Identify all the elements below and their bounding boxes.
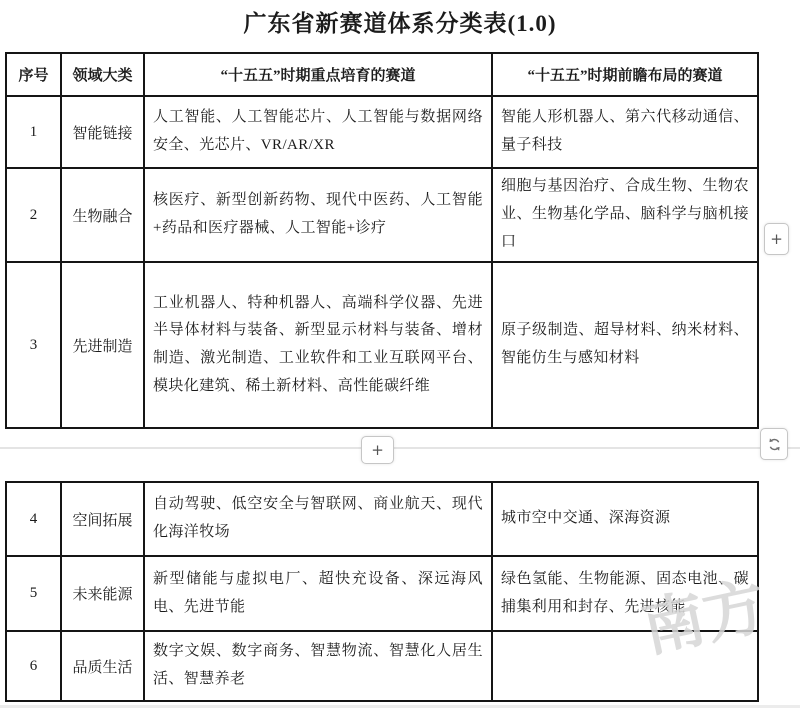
classification-table-lower: 4 空间拓展 自动驾驶、低空安全与智联网、商业航天、现代化海洋牧场 城市空中交通…	[5, 481, 759, 702]
plus-icon: +	[371, 443, 384, 458]
cultivated-cell: 核医疗、新型创新药物、现代中医药、人工智能+药品和医疗器械、人工智能+诊疗	[144, 168, 492, 262]
cultivated-cell: 数字文娱、数字商务、智慧物流、智慧化人居生活、智慧养老	[144, 631, 492, 701]
rotate-icon	[767, 437, 782, 452]
expand-button-right[interactable]: +	[764, 223, 789, 255]
category-cell: 空间拓展	[61, 482, 144, 556]
header-cell-no: 序号	[6, 53, 61, 96]
category-cell: 先进制造	[61, 262, 144, 428]
table-row: 4 空间拓展 自动驾驶、低空安全与智联网、商业航天、现代化海洋牧场 城市空中交通…	[6, 482, 758, 556]
cultivated-cell: 自动驾驶、低空安全与智联网、商业航天、现代化海洋牧场	[144, 482, 492, 556]
cultivated-cell: 工业机器人、特种机器人、高端科学仪器、先进半导体材料与装备、新型显示材料与装备、…	[144, 262, 492, 428]
header-cell-cultivated: “十五五”时期重点培育的赛道	[144, 53, 492, 96]
prospective-cell: 绿色氢能、生物能源、固态电池、碳捕集利用和封存、先进核能	[492, 556, 758, 631]
table-row: 3 先进制造 工业机器人、特种机器人、高端科学仪器、先进半导体材料与装备、新型显…	[6, 262, 758, 428]
table-row: 2 生物融合 核医疗、新型创新药物、现代中医药、人工智能+药品和医疗器械、人工智…	[6, 168, 758, 262]
category-cell: 智能链接	[61, 96, 144, 168]
table-header-row: 序号 领域大类 “十五五”时期重点培育的赛道 “十五五”时期前瞻布局的赛道	[6, 53, 758, 96]
page-split-line	[0, 447, 800, 449]
row-number-cell: 6	[6, 631, 61, 701]
row-number-cell: 5	[6, 556, 61, 631]
prospective-cell	[492, 631, 758, 701]
prospective-cell: 城市空中交通、深海资源	[492, 482, 758, 556]
plus-icon: +	[770, 232, 783, 247]
table-row: 5 未来能源 新型储能与虚拟电厂、超快充设备、深远海风电、先进节能 绿色氢能、生…	[6, 556, 758, 631]
rotate-button[interactable]	[760, 428, 788, 460]
classification-table-upper: 序号 领域大类 “十五五”时期重点培育的赛道 “十五五”时期前瞻布局的赛道 1 …	[5, 52, 759, 429]
row-number-cell: 1	[6, 96, 61, 168]
category-cell: 品质生活	[61, 631, 144, 701]
prospective-cell: 原子级制造、超导材料、纳米材料、智能仿生与感知材料	[492, 262, 758, 428]
category-cell: 未来能源	[61, 556, 144, 631]
prospective-cell: 细胞与基因治疗、合成生物、生物农业、生物基化学品、脑科学与脑机接口	[492, 168, 758, 262]
table-row: 1 智能链接 人工智能、人工智能芯片、人工智能与数据网络安全、光芯片、VR/AR…	[6, 96, 758, 168]
row-number-cell: 2	[6, 168, 61, 262]
header-cell-prospective: “十五五”时期前瞻布局的赛道	[492, 53, 758, 96]
page-title: 广东省新赛道体系分类表(1.0)	[0, 5, 800, 38]
cultivated-cell: 新型储能与虚拟电厂、超快充设备、深远海风电、先进节能	[144, 556, 492, 631]
row-number-cell: 4	[6, 482, 61, 556]
expand-button-center[interactable]: +	[361, 436, 394, 464]
cultivated-cell: 人工智能、人工智能芯片、人工智能与数据网络安全、光芯片、VR/AR/XR	[144, 96, 492, 168]
header-cell-category: 领域大类	[61, 53, 144, 96]
category-cell: 生物融合	[61, 168, 144, 262]
row-number-cell: 3	[6, 262, 61, 428]
document-page: { "title": "广东省新赛道体系分类表(1.0)", "table": …	[0, 0, 800, 708]
table-row: 6 品质生活 数字文娱、数字商务、智慧物流、智慧化人居生活、智慧养老	[6, 631, 758, 701]
prospective-cell: 智能人形机器人、第六代移动通信、量子科技	[492, 96, 758, 168]
